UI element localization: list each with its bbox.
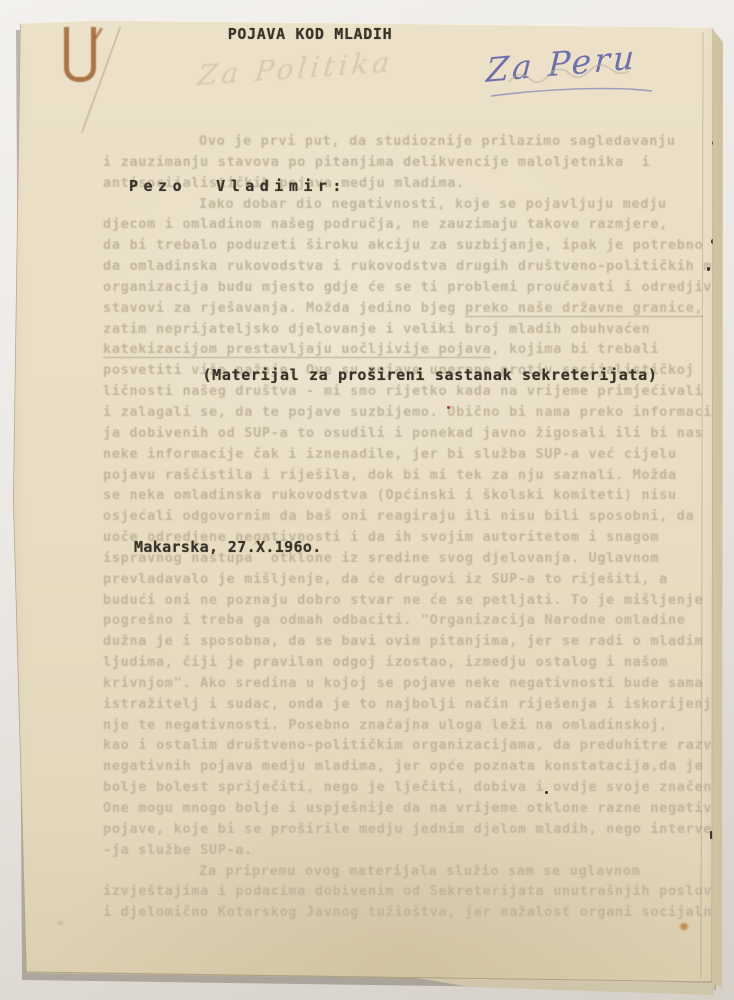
scanned-document-photo: Ovo je prvi put, da studioznije prilazim…	[0, 0, 734, 1000]
page-edge-lines	[0, 0, 734, 1000]
typewritten-page: Ovo je prvi put, da studioznije prilazim…	[0, 0, 734, 1000]
title-line-1: NEKA PITANJA KRIMINALITETA I ANTISOCIJAL…	[0, 0, 620, 23]
